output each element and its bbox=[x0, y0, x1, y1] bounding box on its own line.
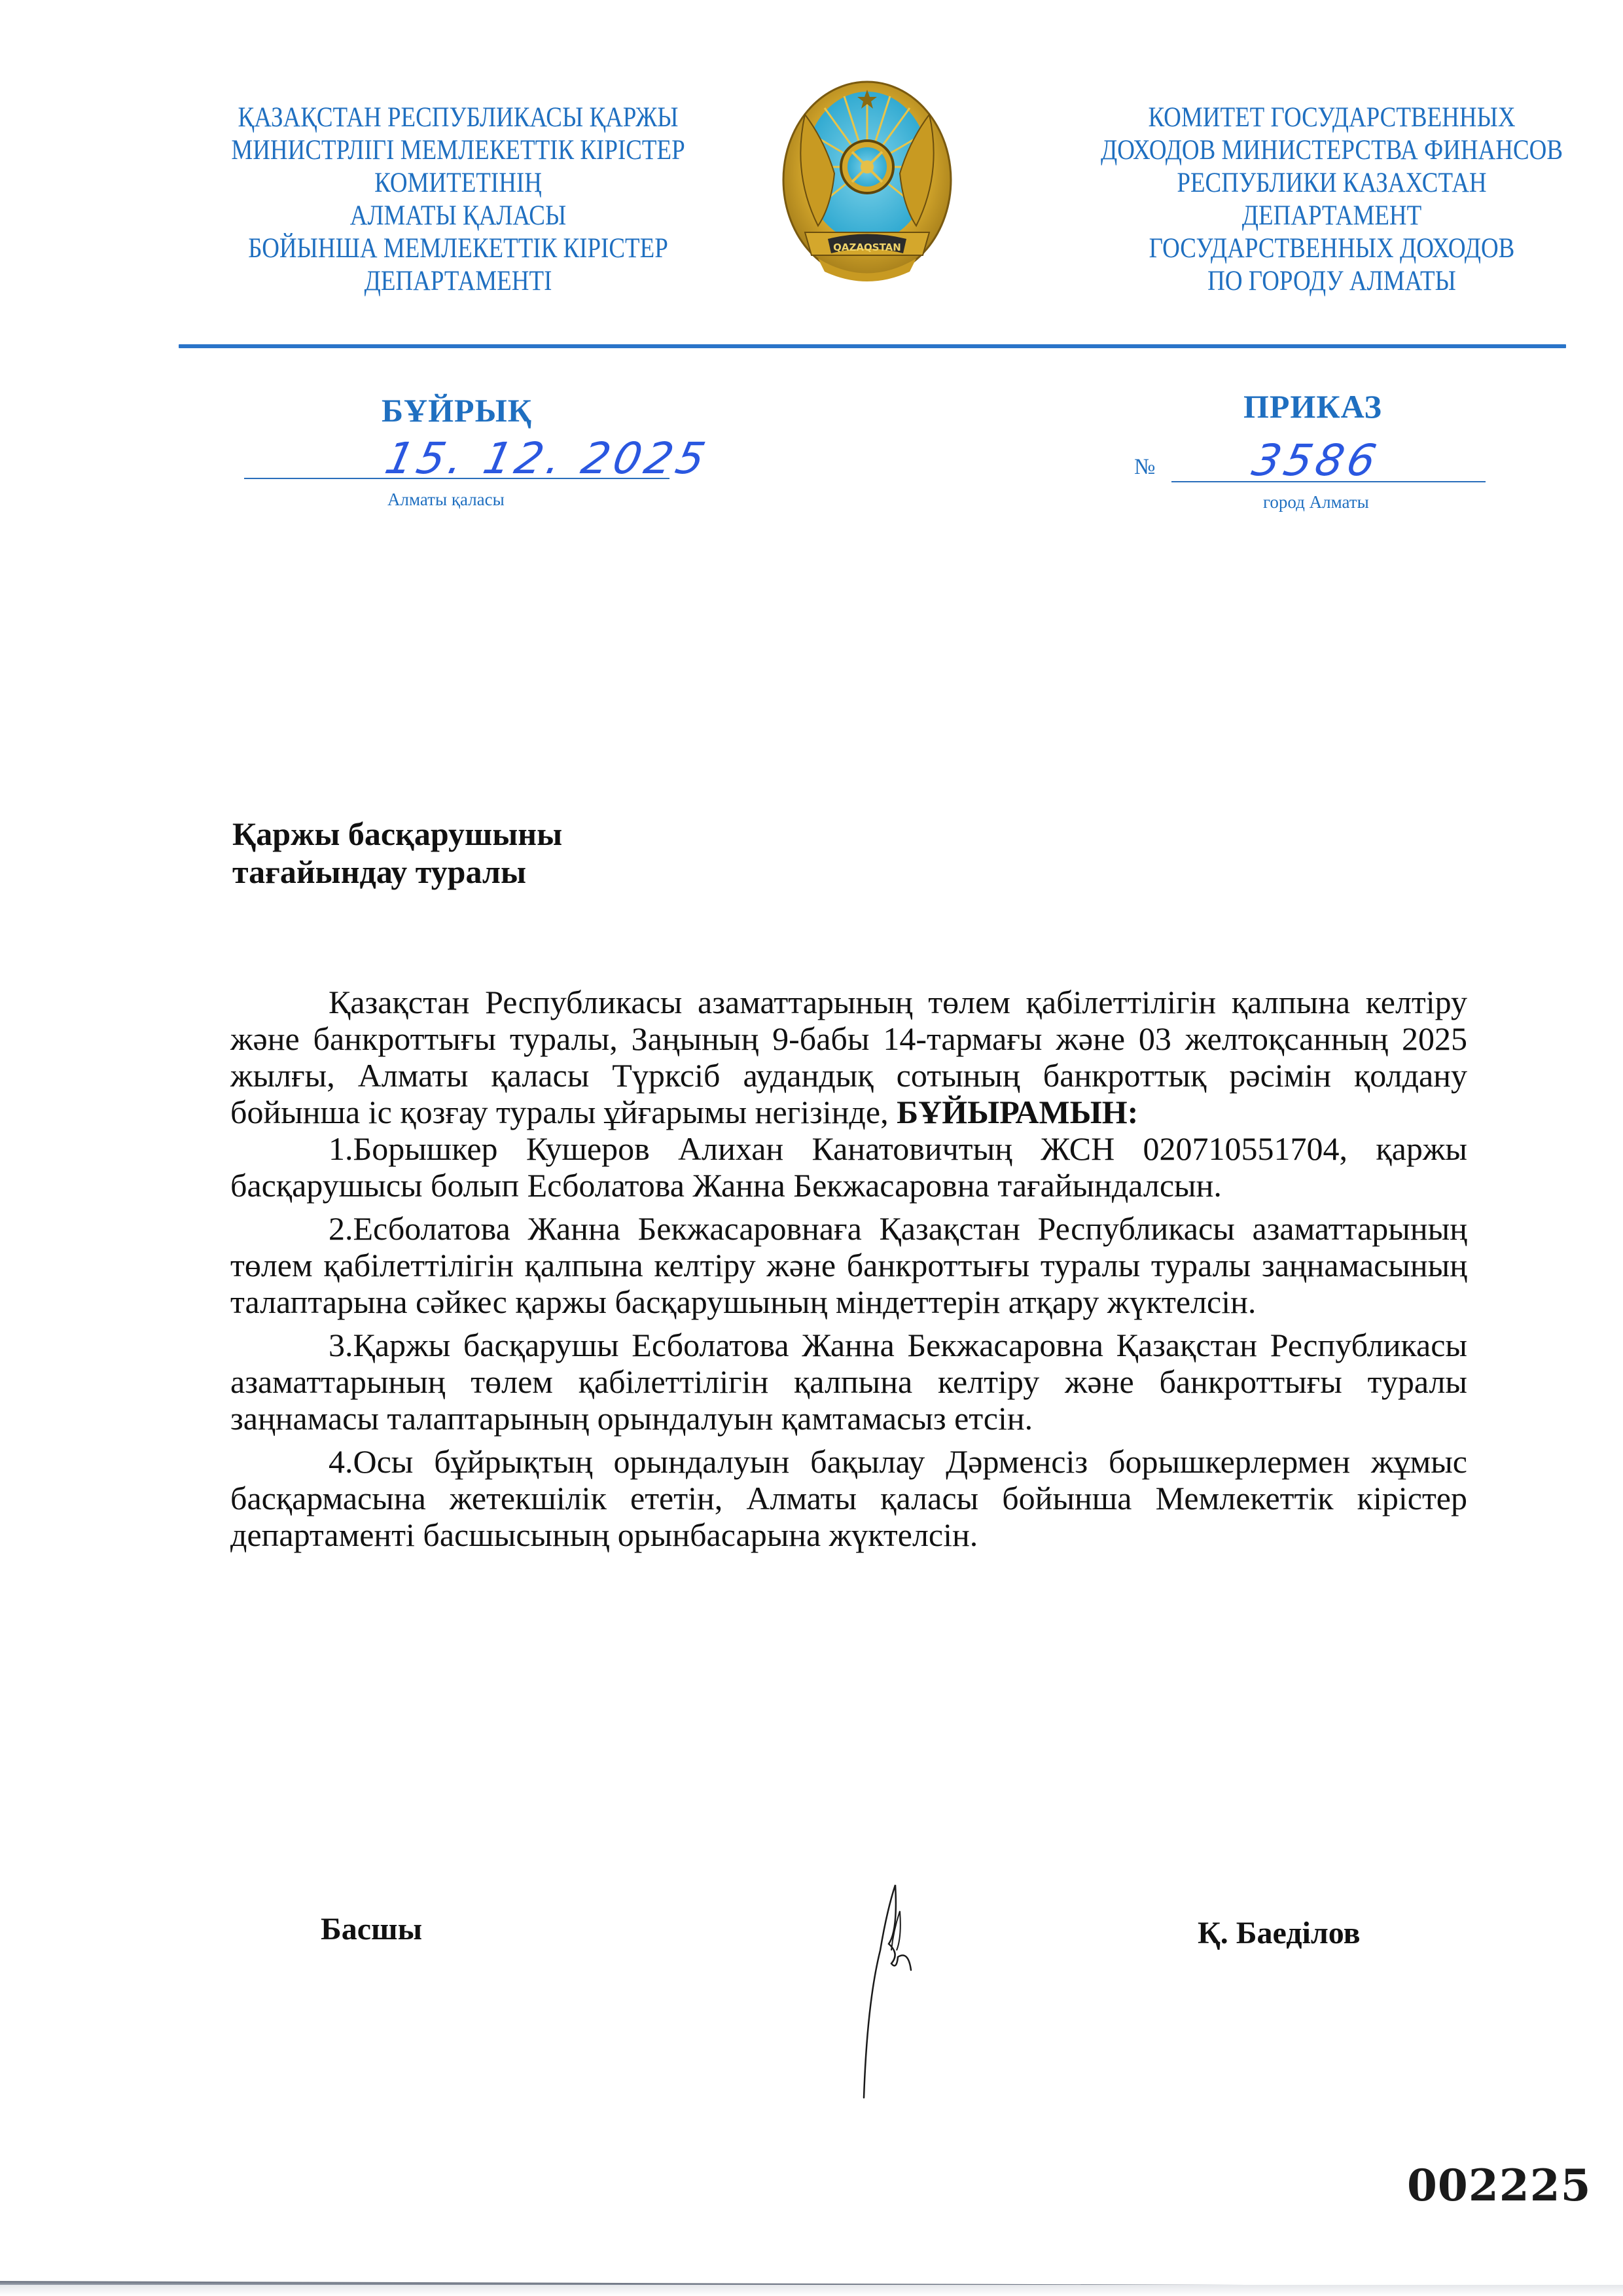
header-right-line: РЕСПУБЛИКИ КАЗАХСТАН bbox=[1048, 167, 1616, 200]
header-right-line: ГОСУДАРСТВЕННЫХ ДОХОДОВ bbox=[1048, 232, 1616, 265]
order-item: 2.Есболатова Жанна Бекжасаровнаға Қазақс… bbox=[230, 1210, 1467, 1320]
document-page: ҚАЗАҚСТАН РЕСПУБЛИКАСЫ ҚАРЖЫ МИНИСТРЛІГІ… bbox=[0, 0, 1623, 2296]
header-left-line: ҚАЗАҚСТАН РЕСПУБЛИКАСЫ ҚАРЖЫ bbox=[177, 101, 740, 134]
header-left-line: ДЕПАРТАМЕНТІ bbox=[177, 265, 740, 298]
scan-shadow bbox=[0, 2285, 1623, 2296]
order-item: 3.Қаржы басқарушы Есболатова Жанна Бекжа… bbox=[230, 1327, 1467, 1437]
signatory-name: Қ. Баеділов bbox=[1198, 1915, 1360, 1951]
header-right-ru: КОМИТЕТ ГОСУДАРСТВЕННЫХ ДОХОДОВ МИНИСТЕР… bbox=[1048, 101, 1616, 298]
title-line: Қаржы басқарушыны bbox=[232, 815, 562, 853]
serial-number: 002225 bbox=[1407, 2160, 1592, 2211]
header-left-line: АЛМАТЫ ҚАЛАСЫ bbox=[177, 200, 740, 232]
document-body: Қазақстан Республикасы азаматтарының төл… bbox=[230, 984, 1467, 1560]
state-emblem-icon: QAZAQSTAN bbox=[779, 75, 955, 291]
header-left-line: БОЙЫНША МЕМЛЕКЕТТІК КІРІСТЕР bbox=[177, 232, 740, 265]
order-item: 4.Осы бұйрықтың орындалуын бақылау Дәрме… bbox=[230, 1443, 1467, 1553]
number-sign: № bbox=[1134, 455, 1155, 480]
order-label-ru: ПРИКАЗ bbox=[1243, 387, 1382, 425]
header-right-line: КОМИТЕТ ГОСУДАРСТВЕННЫХ bbox=[1048, 101, 1616, 134]
date-underline bbox=[244, 478, 669, 479]
handwritten-signature-icon bbox=[851, 1872, 949, 2101]
intro-text: Қазақстан Республикасы азаматтарының төл… bbox=[230, 984, 1467, 1130]
document-title: Қаржы басқарушыны тағайындау туралы bbox=[232, 815, 562, 891]
order-number: 3586 bbox=[1248, 435, 1384, 486]
header-left-line: МИНИСТРЛІГІ МЕМЛЕКЕТТІК КІРІСТЕР bbox=[177, 134, 740, 167]
header-left-kz: ҚАЗАҚСТАН РЕСПУБЛИКАСЫ ҚАРЖЫ МИНИСТРЛІГІ… bbox=[177, 101, 740, 298]
emblem-text: QAZAQSTAN bbox=[833, 242, 901, 253]
order-date: 15. 12. 2025 bbox=[381, 433, 713, 484]
city-ru: город Алматы bbox=[1263, 492, 1369, 512]
signatory-role: Басшы bbox=[321, 1911, 422, 1947]
number-underline bbox=[1171, 481, 1486, 482]
city-kz: Алматы қаласы bbox=[387, 490, 505, 510]
header-left-line: КОМИТЕТІНІҢ bbox=[177, 167, 740, 200]
header-right-line: ДЕПАРТАМЕНТ bbox=[1048, 200, 1616, 232]
header-right-line: ДОХОДОВ МИНИСТЕРСТВА ФИНАНСОВ bbox=[1048, 134, 1616, 167]
header-right-line: ПО ГОРОДУ АЛМАТЫ bbox=[1048, 265, 1616, 298]
intro-paragraph: Қазақстан Республикасы азаматтарының төл… bbox=[230, 984, 1467, 1130]
header-divider bbox=[179, 344, 1566, 348]
order-label-kz: БҰЙРЫҚ bbox=[382, 391, 532, 429]
order-directive: БҰЙЫРАМЫН: bbox=[897, 1094, 1138, 1130]
title-line: тағайындау туралы bbox=[232, 853, 562, 891]
order-item: 1.Борышкер Кушеров Алихан Канатовичтың Ж… bbox=[230, 1130, 1467, 1204]
